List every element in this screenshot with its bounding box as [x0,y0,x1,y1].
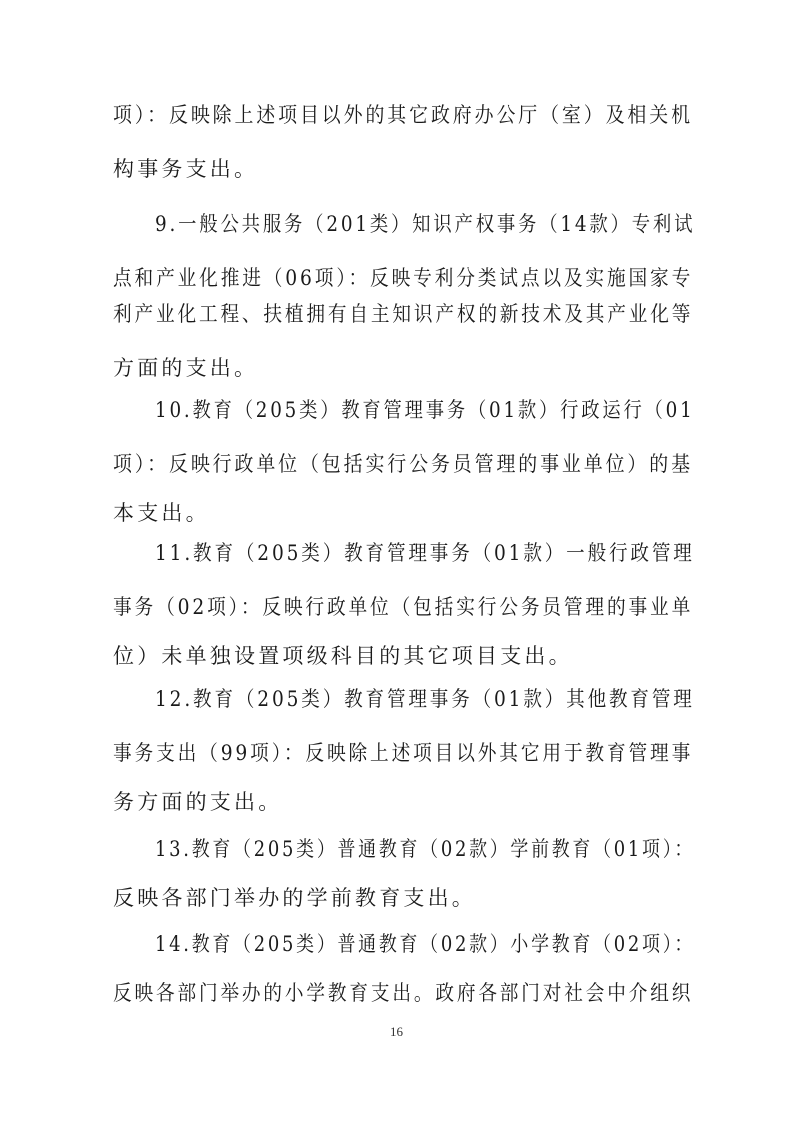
page-number: 16 [0,1024,793,1040]
text-line: 本支出。 [113,498,693,528]
paragraph-14-start: 14.教育（205类）普通教育（02款）小学教育（02项）： [155,929,616,959]
text-line: 位）未单独设置项级科目的其它项目支出。 [113,641,693,671]
paragraph-12-start: 12.教育（205类）教育管理事务（01款）其他教育管理 [155,684,633,714]
text-line: 项）：反映行政单位（包括实行公务员管理的事业单位）的基 [113,449,636,479]
paragraph-10-start: 10.教育（205类）教育管理事务（01款）行政运行（01 [155,395,626,425]
paragraph-9-start: 9.一般公共服务（201类）知识产权事务（14款）专利试 [155,209,628,239]
text-line: 反映各部门举办的小学教育支出。政府各部门对社会中介组织 [113,978,628,1008]
text-line: 点和产业化推进（06项）：反映专利分类试点以及实施国家专 [113,263,629,293]
text-line: 构事务支出。 [113,154,693,184]
text-line: 反映各部门举办的学前教育支出。 [113,883,693,913]
text-line: 事务（02项）：反映行政单位（包括实行公务员管理的事业单 [113,592,629,622]
text-line: 事务支出（99项）：反映除上述项目以外其它用于教育管理事 [113,738,629,768]
paragraph-11-start: 11.教育（205类）教育管理事务（01款）一般行政管理 [155,538,633,568]
text-line: 利产业化工程、扶植拥有自主知识产权的新技术及其产业化等 [113,299,628,329]
text-line: 务方面的支出。 [113,787,693,817]
paragraph-13-start: 13.教育（205类）普通教育（02款）学前教育（01项）： [155,834,616,864]
text-line: 项）：反映除上述项目以外的其它政府办公厅（室）及相关机 [113,100,636,130]
text-line: 方面的支出。 [113,353,693,383]
document-page: 项）：反映除上述项目以外的其它政府办公厅（室）及相关机 构事务支出。 9.一般公… [0,0,793,1122]
